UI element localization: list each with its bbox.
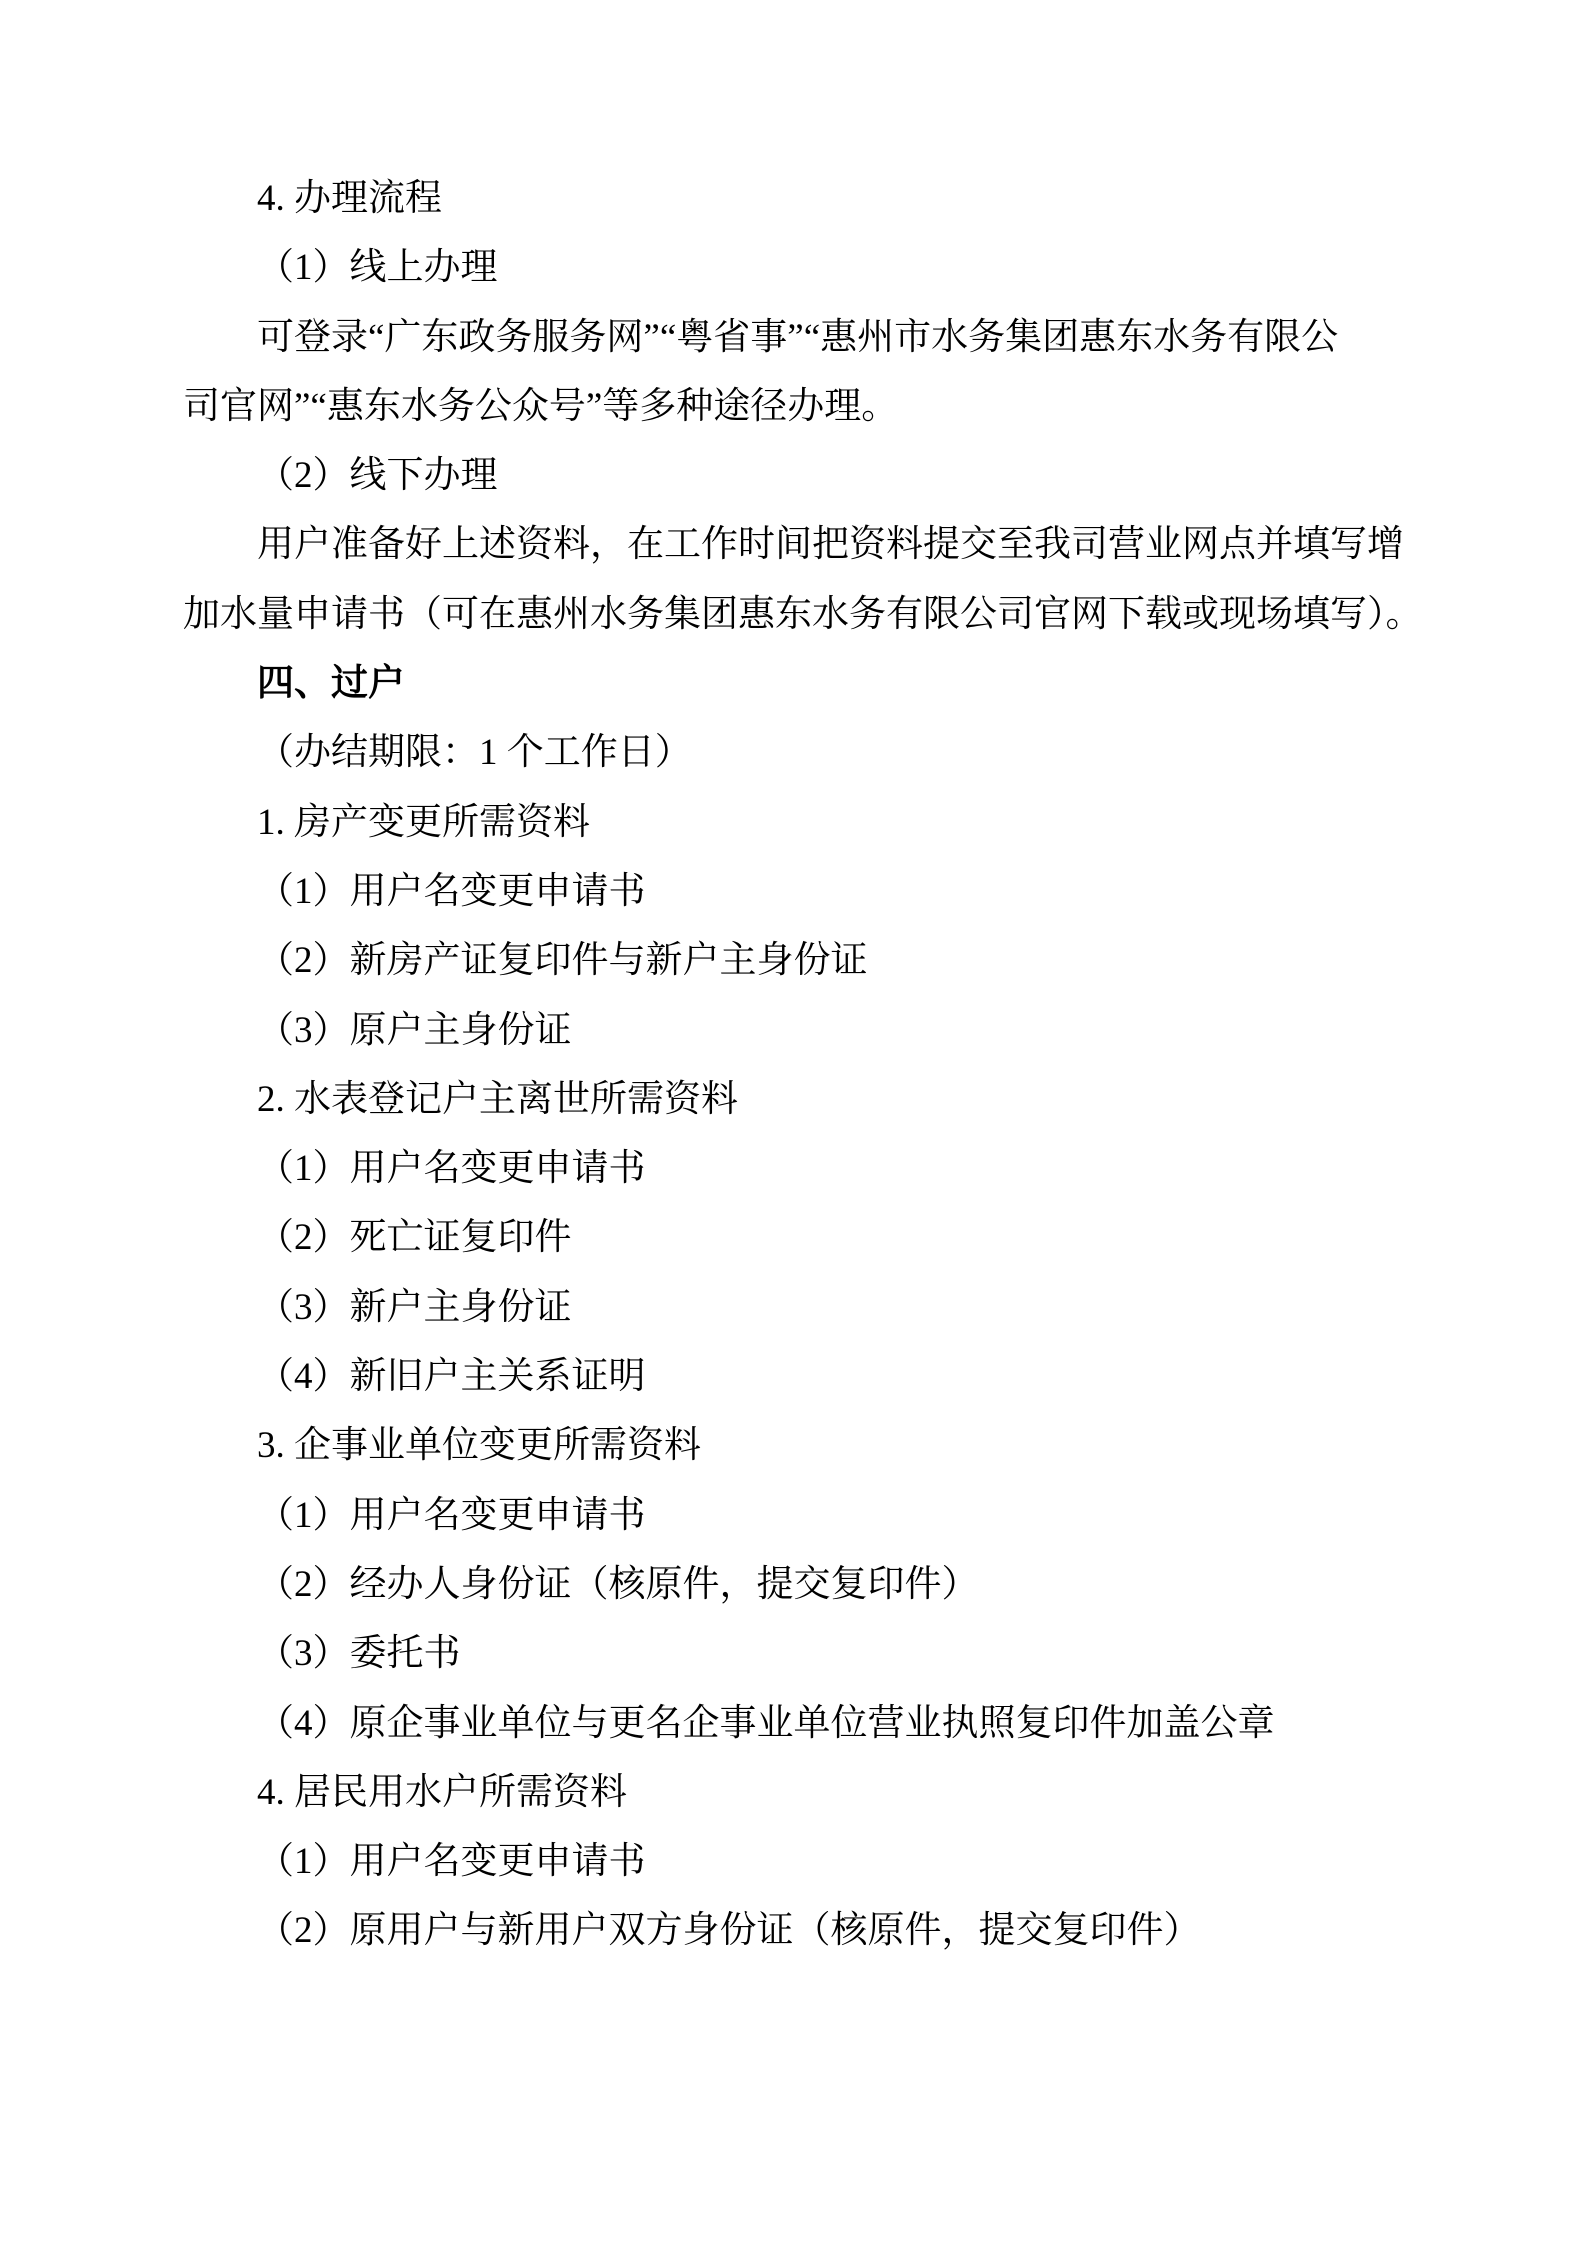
text-line: 可登录“广东政务服务网”“粤省事”“惠州市水务集团惠东水务有限公 bbox=[183, 303, 1413, 372]
text-line: 用户准备好上述资料，在工作时间把资料提交至我司营业网点并填写增 bbox=[183, 510, 1413, 579]
document-body: 4. 办理流程（1）线上办理可登录“广东政务服务网”“粤省事”“惠州市水务集团惠… bbox=[183, 164, 1413, 1966]
text-line: （3）委托书 bbox=[183, 1619, 1413, 1688]
text-line: （办结期限：1 个工作日） bbox=[183, 718, 1413, 787]
text-line: 1. 房产变更所需资料 bbox=[183, 788, 1413, 857]
section-heading: 四、过户 bbox=[183, 649, 1413, 718]
document-page: 4. 办理流程（1）线上办理可登录“广东政务服务网”“粤省事”“惠州市水务集团惠… bbox=[0, 0, 1587, 2245]
text-line: （1）用户名变更申请书 bbox=[183, 1827, 1413, 1896]
text-line: （1）用户名变更申请书 bbox=[183, 1481, 1413, 1550]
text-line: （2）经办人身份证（核原件，提交复印件） bbox=[183, 1550, 1413, 1619]
text-line: 4. 居民用水户所需资料 bbox=[183, 1758, 1413, 1827]
text-line: （4）新旧户主关系证明 bbox=[183, 1342, 1413, 1411]
text-line: 2. 水表登记户主离世所需资料 bbox=[183, 1065, 1413, 1134]
text-line: （1）用户名变更申请书 bbox=[183, 857, 1413, 926]
text-line: （2）线下办理 bbox=[183, 441, 1413, 510]
text-line: （1）线上办理 bbox=[183, 233, 1413, 302]
text-line: （2）新房产证复印件与新户主身份证 bbox=[183, 926, 1413, 995]
text-line: 司官网”“惠东水务公众号”等多种途径办理。 bbox=[183, 372, 1413, 441]
text-line: （4）原企事业单位与更名企事业单位营业执照复印件加盖公章 bbox=[183, 1689, 1413, 1758]
text-line: 加水量申请书（可在惠州水务集团惠东水务有限公司官网下载或现场填写）。 bbox=[183, 580, 1413, 649]
text-line: 4. 办理流程 bbox=[183, 164, 1413, 233]
text-line: （3）新户主身份证 bbox=[183, 1273, 1413, 1342]
text-line: 3. 企事业单位变更所需资料 bbox=[183, 1411, 1413, 1480]
text-line: （2）死亡证复印件 bbox=[183, 1203, 1413, 1272]
text-line: （1）用户名变更申请书 bbox=[183, 1134, 1413, 1203]
text-line: （2）原用户与新用户双方身份证（核原件，提交复印件） bbox=[183, 1896, 1413, 1965]
text-line: （3）原户主身份证 bbox=[183, 996, 1413, 1065]
